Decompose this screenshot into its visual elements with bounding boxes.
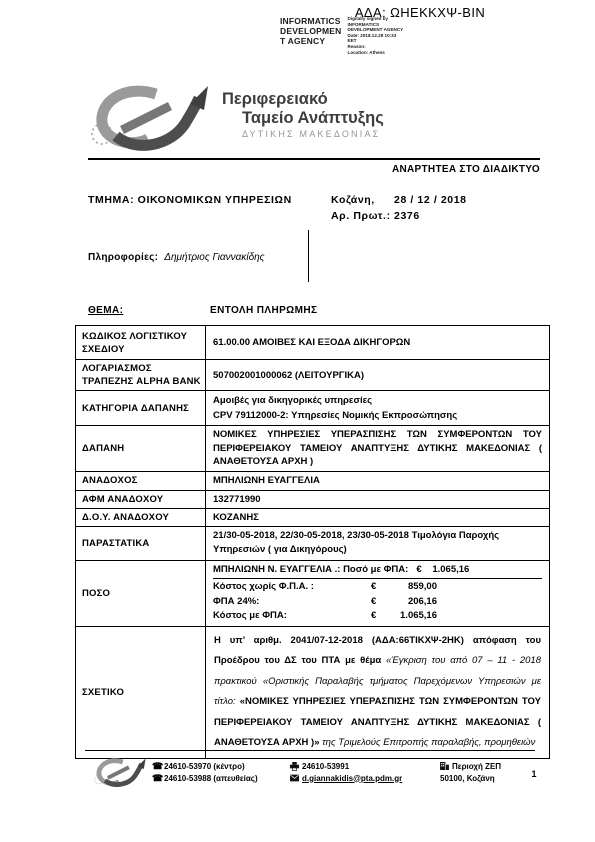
row-value: ΝΟΜΙΚΕΣ ΥΠΗΡΕΣΙΕΣ ΥΠΕΡΑΣΠΙΣΗΣ ΤΩΝ ΣΥΜΦΕΡ… [206,426,549,471]
row-value-text: 507002001000062 (ΛΕΙΤΟΥΡΓΙΚΑ) [213,369,542,382]
amount-label: ΜΠΗΛΙΩΝΗ Ν. ΕΥΑΓΓΕΛΙΑ .: Ποσό με ΦΠΑ: [213,563,408,578]
related-decision: Η υπ’ αριθμ. 2041/07-12-2018 (ΑΔΑ:66ΤΙΚΧ… [206,627,549,758]
row-label: ΚΩΔΙΚΟΣ ΛΟΓΙΣΤΙΚΟΥ ΣΧΕΔΙΟΥ [76,326,206,359]
footer-address: Περιοχή ΖΕΠ 50100, Κοζάνη [440,761,501,784]
email-icon [290,774,299,783]
department-line: ΤΜΗΜΑ: ΟΙΚΟΝΟΜΙΚΩΝ ΥΠΗΡΕΣΙΩΝ [88,194,292,206]
info-label: Πληροφορίες: [88,252,158,263]
amount-value: 859,00 [387,580,437,595]
protocol-label: Αρ. Πρωτ.: [331,210,391,222]
phone-icon: ☎ [152,762,161,771]
header-divider [88,158,540,160]
page-number: 1 [524,769,544,779]
row-value-text: 61.00.00 ΑΜΟΙΒΕΣ ΚΑΙ ΕΞΟΔΑ ΔΙΚΗΓΟΡΩΝ [213,336,542,349]
subject-value: ΕΝΤΟΛΗ ΠΛΗΡΩΜΗΣ [210,305,317,316]
amount-label: ΦΠΑ 24%: [213,595,371,610]
table-row: ΑΝΑΔΟΧΟΣ ΜΠΗΛΙΩΝΗ ΕΥΑΓΓΕΛΙΑ [76,472,549,491]
row-value: 61.00.00 ΑΜΟΙΒΕΣ ΚΑΙ ΕΞΟΔΑ ΔΙΚΗΓΟΡΩΝ [206,326,549,359]
swirl-logo-icon [86,84,218,154]
related-decision-paragraph: Η υπ’ αριθμ. 2041/07-12-2018 (ΑΔΑ:66ΤΙΚΧ… [213,629,542,756]
row-label: ΛΟΓΑΡΙΑΣΜΟΣ ΤΡΑΠΕΖΗΣ ALPHA BANK [76,360,206,390]
table-row: ΑΦΜ ΑΝΑΔΟΧΟΥ 132771990 [76,491,549,509]
row-value: 21/30-05-2018, 22/30-05-2018, 23/30-05-2… [206,527,549,560]
signature-agency-line: T AGENCY [280,36,342,46]
row-value: ΚΟΖΑΝΗΣ [206,509,549,526]
info-name: Δημήτριος Γιαννακίδης [164,252,264,263]
org-logo-text: Περιφερειακό Ταμείο Ανάπτυξης ΔΥΤΙΚΗΣ ΜΑ… [222,84,384,154]
table-row-amount: ΠΟΣΟ ΜΠΗΛΙΩΝΗ Ν. ΕΥΑΓΓΕΛΙΑ .: Ποσό με ΦΠ… [76,561,549,627]
amount-net-line: Κόστος χωρίς Φ.Π.Α. : € 859,00 [213,580,542,595]
document-date: 28 / 12 / 2018 [394,194,467,206]
amount-gross-line: Κόστος με ΦΠΑ: € 1.065,16 [213,609,542,624]
footer-phones: ☎ 24610-53970 (κέντρο) ☎ 24610-53988 (απ… [152,761,258,784]
row-value: 507002001000062 (ΛΕΙΤΟΥΡΓΙΚΑ) [206,360,549,390]
row-label: ΚΑΤΗΓΟΡΙΑ ΔΑΠΑΝΗΣ [76,391,206,425]
row-label: ΠΑΡΑΣΤΑΤΙΚΑ [76,527,206,560]
contact-info-line: Πληροφορίες:Δημήτριος Γιαννακίδης [88,252,265,263]
table-row: ΠΑΡΑΣΤΑΤΙΚΑ 21/30-05-2018, 22/30-05-2018… [76,527,549,561]
footer-email-link[interactable]: d.giannakidis@pta.pdm.gr [302,773,402,785]
phone-icon: ☎ [152,774,161,783]
footer-phone1: ☎ 24610-53970 (κέντρο) [152,761,258,773]
signature-detail-line: Location: Athens [348,50,404,56]
footer-swirl-logo-icon [92,756,150,790]
signature-agency-line: DEVELOPMEN [280,26,342,36]
subject-label: ΘΕΜΑ: [88,305,123,316]
amount-value: 1.065,16 [387,609,437,624]
signature-agency-line: INFORMATICS [280,16,342,26]
footer-area: Περιοχή ΖΕΠ [440,761,501,773]
signature-details: Digitally signed by INFORMATICS DEVELOPM… [348,16,404,55]
amount-label: Κόστος χωρίς Φ.Π.Α. : [213,580,371,595]
row-value-text: 21/30-05-2018, 22/30-05-2018, 23/30-05-2… [213,529,542,558]
footer-phone2: ☎ 24610-53988 (απευθείας) [152,773,258,785]
footer-city-text: 50100, Κοζάνη [440,773,495,785]
payment-order-table: ΚΩΔΙΚΟΣ ΛΟΓΙΣΤΙΚΟΥ ΣΧΕΔΙΟΥ 61.00.00 ΑΜΟΙ… [75,325,550,759]
digital-signature-stamp: INFORMATICS DEVELOPMEN T AGENCY Digitall… [280,16,403,55]
row-value-text: CPV 79112000-2: Υπηρεσίες Νομικής Εκπροσ… [213,408,542,423]
related-segment: της Τριμελούς Επιτροπής παραλαβής, προμη… [322,737,535,748]
euro-sign: € [371,595,387,610]
table-row: ΚΩΔΙΚΟΣ ΛΟΓΙΣΤΙΚΟΥ ΣΧΕΔΙΟΥ 61.00.00 ΑΜΟΙ… [76,326,549,360]
row-label: ΑΦΜ ΑΝΑΔΟΧΟΥ [76,491,206,508]
amount-label: Κόστος με ΦΠΑ: [213,609,371,624]
row-value-text: ΜΠΗΛΙΩΝΗ ΕΥΑΓΓΕΛΙΑ [213,474,542,487]
footer-fax: 24610-53991 [290,761,402,773]
footer-fax-email: 24610-53991 d.giannakidis@pta.pdm.gr [290,761,402,784]
row-label: Δ.Ο.Υ. ΑΝΑΔΟΧΟΥ [76,509,206,526]
row-label: ΔΑΠΑΝΗ [76,426,206,471]
signature-detail-line: DEVELOPMENT AGENCY [348,27,404,33]
table-row: ΔΑΠΑΝΗ ΝΟΜΙΚΕΣ ΥΠΗΡΕΣΙΕΣ ΥΠΕΡΑΣΠΙΣΗΣ ΤΩΝ… [76,426,549,472]
row-value-text: ΚΟΖΑΝΗΣ [213,511,542,524]
building-icon [440,762,449,771]
row-value-text: ΝΟΜΙΚΕΣ ΥΠΗΡΕΣΙΕΣ ΥΠΕΡΑΣΠΙΣΗΣ ΤΩΝ ΣΥΜΦΕΡ… [213,428,542,469]
org-region-line: ΔΥΤΙΚΗΣ ΜΑΚΕΔΟΝΙΑΣ [222,129,384,139]
euro-sign: € [371,609,387,624]
city-label: Κοζάνη, [331,194,375,206]
row-label: ΠΟΣΟ [76,561,206,626]
footer-area-text: Περιοχή ΖΕΠ [452,761,501,773]
row-label: ΑΝΑΔΟΧΟΣ [76,472,206,490]
org-name-line: Περιφερειακό [222,90,384,109]
footer-city: 50100, Κοζάνη [440,773,501,785]
row-value: ΜΠΗΛΙΩΝΗ ΕΥΑΓΓΕΛΙΑ [206,472,549,490]
footer-phone1-text: 24610-53970 (κέντρο) [164,761,245,773]
row-value-text: Αμοιβές για δικηγορικές υπηρεσίες [213,393,542,408]
amount-value: 206,16 [387,595,437,610]
divider-line [308,230,309,282]
footer-divider [85,750,535,751]
euro-sign: € [371,580,387,595]
row-label: ΣΧΕΤΙΚΟ [76,627,206,758]
amount-total-line: ΜΠΗΛΙΩΝΗ Ν. ΕΥΑΓΓΕΛΙΑ .: Ποσό με ΦΠΑ: € … [213,563,542,580]
fax-icon [290,762,299,771]
amount-vat-line: ΦΠΑ 24%: € 206,16 [213,595,542,610]
footer-phone2-text: 24610-53988 (απευθείας) [164,773,258,785]
table-row: ΛΟΓΑΡΙΑΣΜΟΣ ΤΡΑΠΕΖΗΣ ALPHA BANK 50700200… [76,360,549,391]
footer-fax-text: 24610-53991 [302,761,349,773]
table-row: ΚΑΤΗΓΟΡΙΑ ΔΑΠΑΝΗΣ Αμοιβές για δικηγορικέ… [76,391,549,426]
table-row-related: ΣΧΕΤΙΚΟ Η υπ’ αριθμ. 2041/07-12-2018 (ΑΔ… [76,627,549,758]
protocol-number: 2376 [394,210,420,222]
document-page: ΑΔΑ: ΩΗΕΚΚΧΨ-ΒΙΝ INFORMATICS DEVELOPMEN … [0,0,595,842]
org-logo: Περιφερειακό Ταμείο Ανάπτυξης ΔΥΤΙΚΗΣ ΜΑ… [86,84,384,154]
publish-notice: ΑΝΑΡΤΗΤΕΑ ΣΤΟ ΔΙΑΔΙΚΤΥΟ [300,164,540,175]
row-value: 132771990 [206,491,549,508]
footer-email-row: d.giannakidis@pta.pdm.gr [290,773,402,785]
signature-agency-name: INFORMATICS DEVELOPMEN T AGENCY [280,16,342,55]
row-value-text: 132771990 [213,493,542,506]
table-row: Δ.Ο.Υ. ΑΝΑΔΟΧΟΥ ΚΟΖΑΝΗΣ [76,509,549,527]
amount-value: 1.065,16 [432,563,469,578]
org-name-line: Ταμείο Ανάπτυξης [222,109,384,128]
row-value: Αμοιβές για δικηγορικές υπηρεσίες CPV 79… [206,391,549,425]
euro-sign: € [416,563,432,578]
amount-breakdown: ΜΠΗΛΙΩΝΗ Ν. ΕΥΑΓΓΕΛΙΑ .: Ποσό με ΦΠΑ: € … [206,561,549,626]
